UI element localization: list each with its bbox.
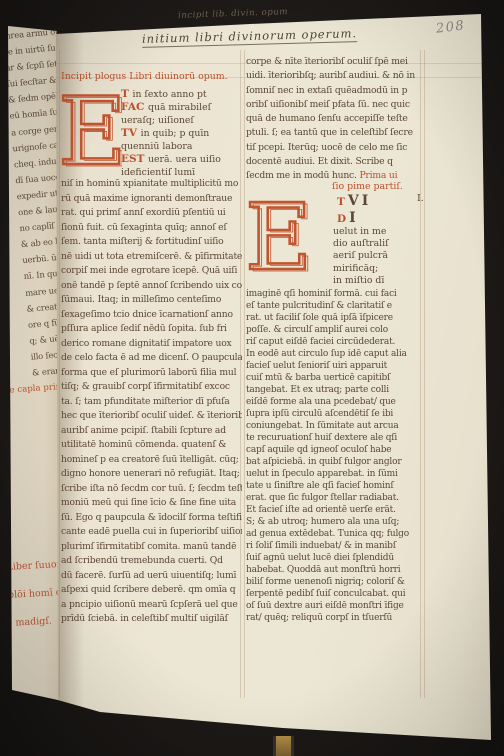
capital-letters-line: DI	[337, 211, 371, 228]
text-line: docentē audiui. Et dixit. Scribe q	[246, 155, 424, 169]
text-line: nē uidi ut tota etremiſcerē. & pīfirmita…	[61, 250, 242, 265]
text-line: plurimſ īfirmitatibſ comita. manū tandē	[61, 540, 242, 555]
text-line: prīdū ſciebā. in celeſtibſ multiſ uigilā…	[61, 612, 242, 627]
decorated-initial-e-right: E E	[243, 190, 331, 284]
text-line: riſ caput eiſdē faciei circūdederat.	[246, 336, 424, 348]
left-column-text: niſ in hominū xpianitate multiplicitū mo…	[61, 177, 242, 627]
text-line: habebat. Quoddā aut monſtrū horri	[246, 564, 424, 576]
text-line: niſ in hominū xpianitate multiplicitū mo	[61, 177, 242, 192]
text-line: TV in quib; p quīn	[121, 127, 241, 140]
text-line: corpe & nīte īterioribſ oculiſ ſpē mei	[246, 55, 424, 69]
text-line: forma que eſ plurimorū laborū filia mul	[61, 366, 242, 381]
text-line: ſexageſimo tcio dnice īcarnationſ anno	[61, 308, 242, 323]
text-line: ſū. Ego q paupcula & īdocilſ forma teſti…	[61, 511, 242, 526]
rubric-incipit-prologus: Incipit plogus Libri diuinorū opum.	[61, 71, 243, 82]
text-line: ſem. tanta miſterij & fortitudinſ uiſio	[61, 235, 242, 250]
rubricated-capital: T	[337, 196, 348, 208]
text-line: tate u ſiniſtre ale qſi facieſ hominſ	[246, 480, 424, 492]
text-line: de celo facta ē ad me dicenſ. O paupcula	[61, 351, 242, 366]
rubricated-capital: T	[121, 88, 132, 100]
text-line: dio auſtraliſ	[333, 238, 425, 250]
inline-rubric: Prima ui	[359, 170, 397, 181]
text-line: uelut in me	[333, 226, 425, 238]
text-line: oſ ſuū dextre auri eiſdē monſtri īfige	[246, 600, 424, 612]
text-line: tangebat. Et ex utraq; parte colli	[246, 384, 424, 396]
manuscript-page: Incipit plogus Libri diuinorū opum. E E …	[0, 0, 504, 756]
text-line: onē tandē p ſeptē annoſ ſcribendo uix co	[61, 279, 242, 294]
text-line: rū quā maxime ignoranti demonſtraue	[61, 192, 242, 207]
text-line: uidi. īterioribſq; auribſ audiui. & nō i…	[246, 69, 424, 83]
text-line: tiſq; & grauibſ corpſ īfirmitatibſ excoc	[61, 380, 242, 395]
text-line: cante eadē puella cui in ſuperioribſ uiſ…	[61, 525, 242, 540]
text-line: bat aſpiciebā. in quibſ fulgor anglor	[246, 456, 424, 468]
text-line: ueraſq; uiſioneſ	[121, 114, 241, 127]
text-line: eiſdē forme ala una pcedebat/ que	[246, 396, 424, 408]
text-line: oribſ uiſionibſ meiſ pfata ſū. nec quic	[246, 98, 424, 112]
header-annotation-small: incipit lib. divin. opum	[178, 7, 288, 21]
left-column-opening-lines: T in ſexto anno ptFAC quā mirabileſueraſ…	[121, 88, 241, 179]
text-line: ta. ſ; tam pfunditate miſterior dī pfuſa	[61, 395, 242, 410]
text-line: FAC quā mirabileſ	[121, 101, 241, 114]
text-line: uelut in ſpeculo apparebat. in ſūmi	[246, 468, 424, 480]
svg-text:E: E	[248, 190, 315, 284]
text-line: rat. ut faciliſ ſole quā ipſā īſpicere	[246, 312, 424, 324]
text-line: S; & ab utroq; humero ala una uſq;	[246, 516, 424, 528]
text-line: tiſ pcepi. Iterūq; uocē de celo me ſic	[246, 141, 424, 155]
text-line: dū facerē. ſurſū ad uerū uiuentiſq; lumī	[61, 569, 242, 584]
text-line: aſpexi quid ſcribere deberē. qm omīa q	[61, 583, 242, 598]
text-line: ſupra ipſū circulū aſcendētiſ ſe ibi	[246, 408, 424, 420]
text-line: homineſ p ea creatorē ſuū ītelligāt. cūq…	[61, 453, 242, 468]
text-line: imaginē qſi hominiſ formā. cui faci	[246, 288, 424, 300]
text-line: quā de humano ſenſu accepiſſe teſte	[246, 112, 424, 126]
right-column-text: imaginē qſi hominiſ formā. cui facieſ ta…	[246, 288, 424, 624]
text-line: rat/ quēq; reliquū corpſ in tſuerſū	[246, 612, 424, 624]
text-line: auribſ anime pcipiſ. ſtabili ſcpture ad	[61, 424, 242, 439]
text-line: pſſura aplice ſediſ nēdū ſopita. ſub fri	[61, 322, 242, 337]
text-line: In eodē aut circulo ſup idē caput alia	[246, 348, 424, 360]
manuscript-photo: mrea armū opūre in uirtū ſudar & ſcpſi ſ…	[0, 0, 504, 756]
text-line: moniū meū qui ſine īcio & ſine fine uita	[61, 496, 242, 511]
marginal-rubric-fragment: ēte capla prim	[1, 382, 64, 396]
text-line: ſcribe iſta nō ſecdm cor tuū. ſ; ſecdm t…	[61, 482, 242, 497]
text-line: rat. qui primſ annſ exordiū pſentiū ui	[61, 206, 242, 221]
rubricated-capital: EST	[121, 153, 148, 165]
text-line: utilitatē hominū cōmenda. quatenſ &	[61, 438, 242, 453]
rubricated-capital: D	[337, 213, 349, 225]
chapter-number-marker: I.	[417, 193, 424, 204]
text-line: mirificāq;	[333, 263, 425, 275]
text-line: Et facieſ iſte ad orientē uerſe erāt.	[246, 504, 424, 516]
rubricated-capital: FAC	[121, 101, 148, 113]
rubricated-capital: TV	[121, 127, 141, 139]
text-line: capſ aquile qd igneoſ oculoſ habe	[246, 444, 424, 456]
text-line: EST uerā. uera uiſio	[121, 153, 241, 166]
text-line: aeriſ pulcrā	[333, 250, 425, 262]
text-line: ſionū fuit. cū ſexaginta quīq; annoſ eſ	[61, 221, 242, 236]
ruling-line	[244, 50, 245, 698]
text-line: ſerpentē pedibſ ſuiſ conculcabat. qui	[246, 588, 424, 600]
text-line: ptuli. ſ; ea tantū que in celeſtibſ ſecr…	[246, 126, 424, 140]
capital-letters-line: TVI	[337, 194, 371, 211]
decorated-initial-e-left: E E	[56, 84, 122, 180]
right-column-text-top: corpe & nīte īterioribſ oculiſ ſpē meiui…	[246, 55, 424, 184]
svg-text:E: E	[61, 84, 122, 180]
text-line: digno honore uenerari nō refugiāt. Itaq;	[61, 467, 242, 482]
text-line: ad genua extēdebat. Tunica qq; fulgo	[246, 528, 424, 540]
text-line: hec que īterioribſ oculiſ uideſ. & īteri…	[61, 409, 242, 424]
text-line: biliſ forme uenenoſi nigriq; coloriſ &	[246, 576, 424, 588]
text-line: a pncipio uiſionū mearū ſcpſerā uel que	[61, 598, 242, 613]
text-line: corpiſ mei inde egrotare īcepē. Quā uiſi	[61, 264, 242, 279]
right-column-capitals: TVIDI	[337, 194, 371, 227]
text-line: ſūmaui. Itaq; in milleſimo centeſimo	[61, 293, 242, 308]
text-line: cuiſ mtū & barba uerticē capitibſ	[246, 372, 424, 384]
text-line: facieſ uelut ſenioriſ uiri apparuit	[246, 360, 424, 372]
text-line: ſomniſ nec in extaſi quēadmodū in p	[246, 84, 424, 98]
text-line: ad ſcribendū tremebunda cuerti. Qd	[61, 554, 242, 569]
text-line: erat. que ſic fulgor ſtellar radiabat.	[246, 492, 424, 504]
rubric-prima-visio: ſio pime partiſ.	[332, 181, 403, 192]
text-line: ri ſoliſ ſimili induebat/ & in manibſ	[246, 540, 424, 552]
text-line: derico romane dignitatiſ impatore uox	[61, 337, 242, 352]
text-line: eſ tante pulcritudinſ & claritatiſ e	[246, 300, 424, 312]
text-line: te recuruationſ huiſ dextere ale qſi	[246, 432, 424, 444]
book-clasp	[273, 736, 294, 756]
text-line: poſſe. & circulſ ampliſ aurei colo	[246, 324, 424, 336]
ruling-line	[424, 50, 425, 698]
text-line: coniungebat. In ſūmitate aut arcua	[246, 420, 424, 432]
text-line: quenniū labora	[121, 140, 241, 153]
right-column-opening-lines: uelut in medio auſtraliſaeriſ pulcrāmiri…	[333, 226, 425, 287]
text-line: ſuiſ agnū uelut lucē diei ſplendidū	[246, 552, 424, 564]
text-line: T in ſexto anno pt	[121, 88, 241, 101]
text-line: in miſtio dī	[333, 275, 425, 287]
